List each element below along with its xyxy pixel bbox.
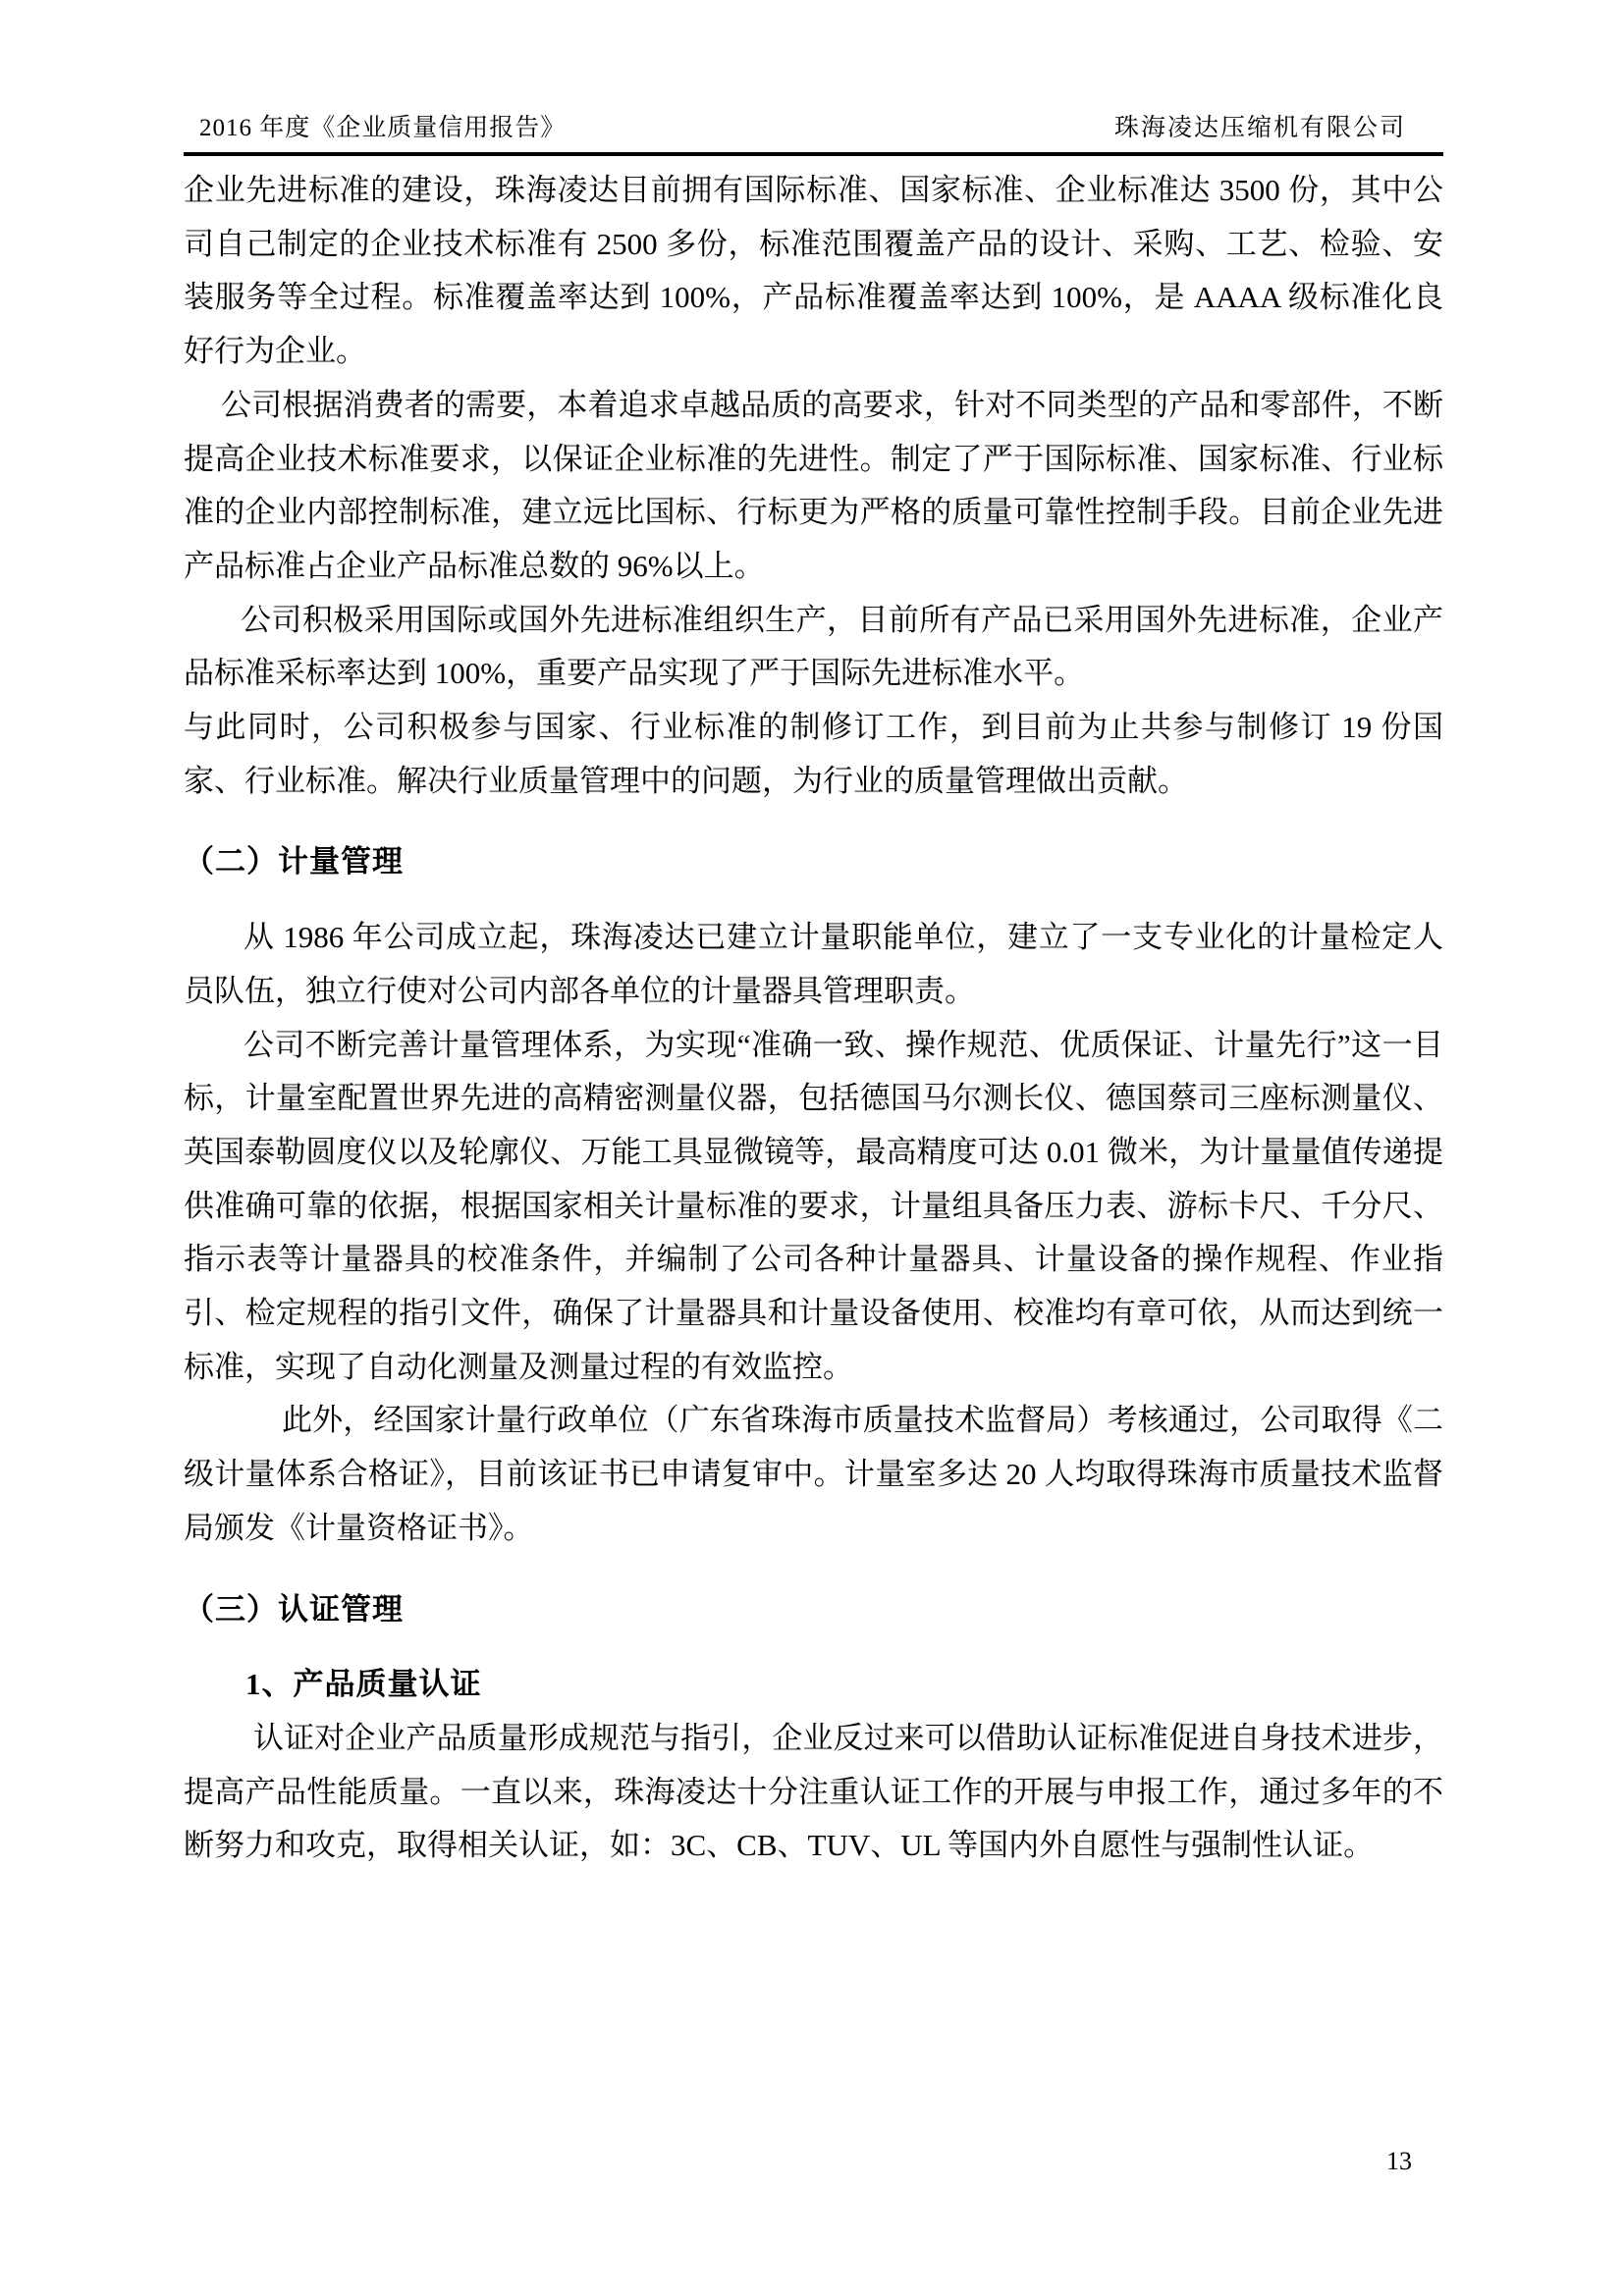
paragraph-standard-revision: 与此同时，公司积极参与国家、行业标准的制修订工作，到目前为止共参与制修订 19 …: [184, 701, 1443, 808]
paragraph-metrology-certificates: 此外，经国家计量行政单位（广东省珠海市质量技术监督局）考核通过，公司取得《二级计…: [184, 1394, 1443, 1555]
paragraph-metrology-unit: 从 1986 年公司成立起，珠海凌达已建立计量职能单位，建立了一支专业化的计量检…: [184, 911, 1443, 1018]
paragraph-consumer-requirements: 公司根据消费者的需要，本着追求卓越品质的高要求，针对不同类型的产品和零部件，不断…: [184, 379, 1443, 594]
page-number: 13: [1386, 2146, 1412, 2177]
header-divider-rule: [184, 152, 1443, 156]
document-body: 企业先进标准的建设，珠海凌达目前拥有国际标准、国家标准、企业标准达 3500 份…: [184, 164, 1443, 1873]
document-page: 2016 年度《企业质量信用报告》 珠海凌达压缩机有限公司 企业先进标准的建设，…: [0, 0, 1624, 2296]
header-report-title: 2016 年度《企业质量信用报告》: [184, 110, 566, 147]
paragraph-certification-detail: 认证对企业产品质量形成规范与指引，企业反过来可以借助认证标准促进自身技术进步，提…: [184, 1712, 1443, 1873]
paragraph-standards-overview: 企业先进标准的建设，珠海凌达目前拥有国际标准、国家标准、企业标准达 3500 份…: [184, 164, 1443, 379]
paragraph-international-standards: 公司积极采用国际或国外先进标准组织生产，目前所有产品已采用国外先进标准，企业产品…: [184, 594, 1443, 701]
header-company-name: 珠海凌达压缩机有限公司: [1114, 110, 1443, 147]
paragraph-metrology-system: 公司不断完善计量管理体系，为实现“准确一致、操作规范、优质保证、计量先行”这一目…: [184, 1019, 1443, 1395]
heading-certification-management: （三）认证管理: [184, 1583, 1443, 1637]
page-header: 2016 年度《企业质量信用报告》 珠海凌达压缩机有限公司: [184, 110, 1443, 147]
subheading-product-quality-certification: 1、产品质量认证: [184, 1658, 1443, 1712]
heading-metrology-management: （二）计量管理: [184, 835, 1443, 889]
